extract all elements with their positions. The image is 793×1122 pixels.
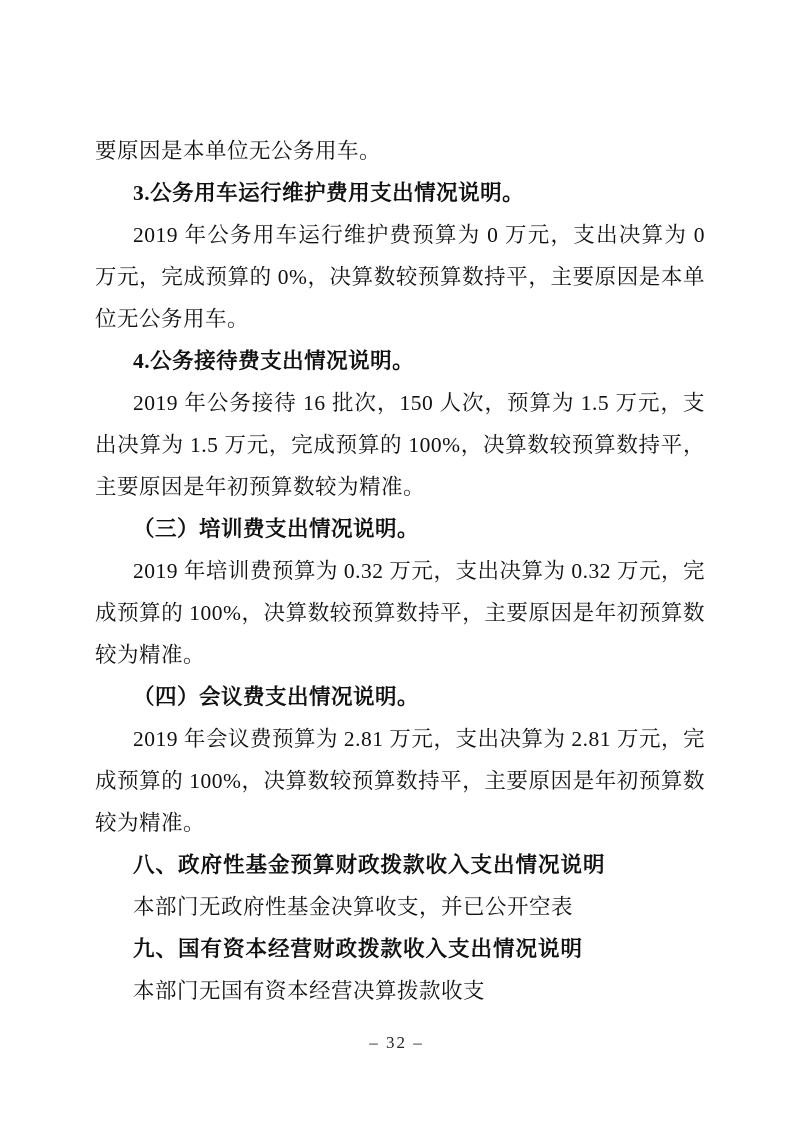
body-paragraph: 2019 年公务接待 16 批次，150 人次，预算为 1.5 万元，支出决算为… (95, 382, 705, 508)
body-paragraph: 2019 年公务用车运行维护费预算为 0 万元，支出决算为 0 万元，完成预算的… (95, 214, 705, 340)
body-paragraph: 本部门无国有资本经营决算拨款收支 (95, 970, 705, 1012)
section-heading: 九、国有资本经营财政拨款收入支出情况说明 (95, 928, 705, 970)
body-continuation: 要原因是本单位无公务用车。 (95, 130, 705, 172)
page-number: – 32 – (0, 1032, 793, 1054)
body-paragraph: 2019 年培训费预算为 0.32 万元，支出决算为 0.32 万元，完成预算的… (95, 550, 705, 676)
document-body: 要原因是本单位无公务用车。3.公务用车运行维护费用支出情况说明。2019 年公务… (95, 130, 705, 1012)
section-heading: 八、政府性基金预算财政拨款收入支出情况说明 (95, 844, 705, 886)
document-page: 要原因是本单位无公务用车。3.公务用车运行维护费用支出情况说明。2019 年公务… (0, 0, 793, 1122)
body-paragraph: 2019 年会议费预算为 2.81 万元，支出决算为 2.81 万元，完成预算的… (95, 718, 705, 844)
sub-heading: 3.公务用车运行维护费用支出情况说明。 (95, 172, 705, 214)
sub-heading: （四）会议费支出情况说明。 (95, 676, 705, 718)
body-paragraph: 本部门无政府性基金决算收支，并已公开空表 (95, 886, 705, 928)
sub-heading: （三）培训费支出情况说明。 (95, 508, 705, 550)
sub-heading: 4.公务接待费支出情况说明。 (95, 340, 705, 382)
